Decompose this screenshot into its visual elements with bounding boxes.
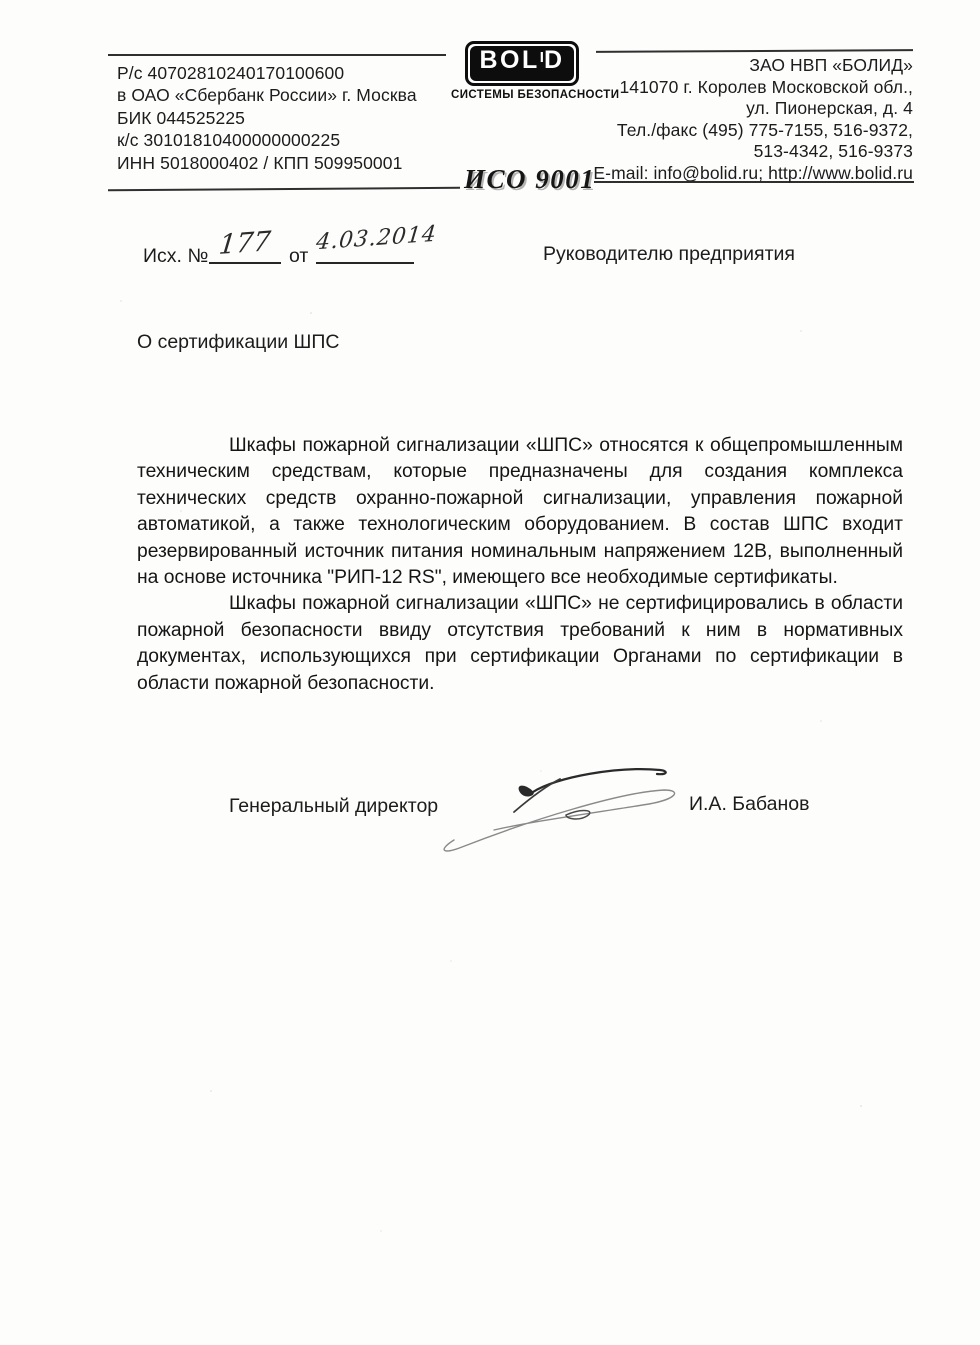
logo-letters-bol: BOL bbox=[479, 46, 539, 74]
signature-ink bbox=[436, 758, 686, 853]
bank-account-line: Р/с 40702810240170100600 bbox=[117, 62, 417, 84]
company-contact-block: ЗАО НВП «БОЛИД» 141070 г. Королев Москов… bbox=[593, 55, 913, 185]
bank-corr-account-line: к/с 30101810400000000225 bbox=[117, 129, 417, 151]
header-rule-bottom-left bbox=[108, 187, 460, 191]
date-field: 4.03.2014 bbox=[316, 226, 414, 264]
bolid-logo-wordmark: BOLID bbox=[470, 46, 573, 81]
bolid-logo: BOLID СИСТЕМЫ БЕЗОПАСНОСТИ bbox=[451, 41, 593, 101]
bank-name-line: в ОАО «Сбербанк России» г. Москва bbox=[117, 84, 417, 106]
signer-name: И.А. Бабанов bbox=[689, 793, 809, 816]
company-address-line1: 141070 г. Королев Московской обл., bbox=[593, 77, 913, 99]
company-phone-line2: 513-4342, 516-9373 bbox=[593, 141, 913, 163]
letter-body: Шкафы пожарной сигнализации «ШПС» относя… bbox=[137, 433, 903, 697]
handwritten-date: 4.03.2014 bbox=[315, 222, 438, 256]
bank-inn-kpp-line: ИНН 5018000402 / КПП 509950001 bbox=[117, 152, 417, 174]
company-email-web: E-mail: info@bolid.ru; http://www.bolid.… bbox=[593, 163, 913, 185]
logo-tagline: СИСТЕМЫ БЕЗОПАСНОСТИ bbox=[451, 89, 593, 101]
iso-9001-mark: ИСО 9001 bbox=[464, 164, 595, 195]
header-rule-top-left bbox=[108, 54, 446, 56]
logo-letter-d: D bbox=[544, 46, 565, 74]
outgoing-number-field: 177 bbox=[209, 228, 281, 264]
signer-title: Генеральный директор bbox=[229, 795, 438, 818]
bank-bik-line: БИК 044525225 bbox=[117, 107, 417, 129]
header-rule-top-right bbox=[596, 49, 913, 53]
scanned-letter-page: Р/с 40702810240170100600 в ОАО «Сбербанк… bbox=[0, 0, 980, 1345]
bank-details-block: Р/с 40702810240170100600 в ОАО «Сбербанк… bbox=[117, 62, 417, 174]
body-paragraph-2: Шкафы пожарной сигнализации «ШПС» не сер… bbox=[137, 591, 903, 697]
date-preposition-label: от bbox=[289, 245, 308, 268]
company-phone-line1: Тел./факс (495) 775-7155, 516-9372, bbox=[593, 120, 913, 142]
company-name: ЗАО НВП «БОЛИД» bbox=[593, 55, 913, 77]
subject-line: О сертификации ШПС bbox=[137, 331, 340, 354]
addressee-line: Руководителю предприятия bbox=[543, 243, 795, 266]
bolid-logo-frame: BOLID bbox=[465, 41, 578, 86]
scan-noise bbox=[120, 300, 122, 302]
handwritten-outgoing-number: 177 bbox=[218, 226, 273, 261]
logo-letter-i: I bbox=[540, 45, 544, 71]
company-address-line2: ул. Пионерская, д. 4 bbox=[593, 98, 913, 120]
outgoing-number-label: Исх. № bbox=[143, 245, 208, 268]
body-paragraph-1: Шкафы пожарной сигнализации «ШПС» относя… bbox=[137, 433, 903, 591]
